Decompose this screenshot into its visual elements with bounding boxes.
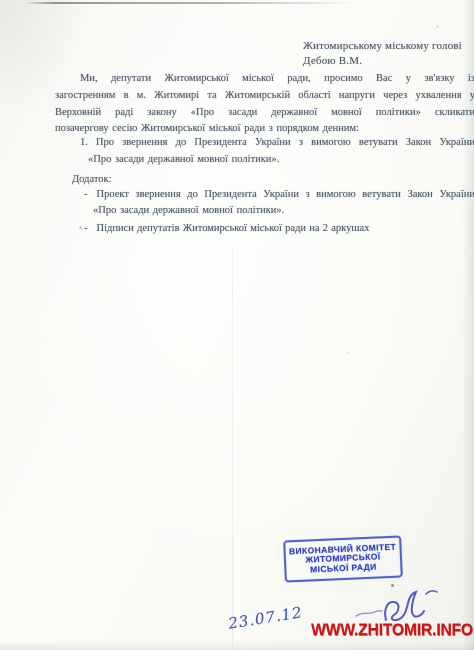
list-item-text: Проект звернення до Президента України з… [97,187,474,203]
stamp-line-3: МІСЬКОЇ РАДИ [310,562,377,574]
addressee-line-2: Дебою В.М. [303,54,474,69]
official-stamp: ВИКОНАВЧИЙ КОМІТЕТ ЖИТОМИРСЬКОЇ МІСЬКОЇ … [283,535,403,582]
list-item-text: Підписи депутатів Житомирської міської р… [97,221,474,237]
agenda-item-1: 1. Про звернення до Президента України з… [55,135,474,169]
body-line: загостренням в м. Житомирі та Житомирськ… [55,88,474,105]
agenda-item-text: Про звернення до Президента України з ви… [96,135,474,152]
list-item: - Підписи депутатів Житомирської міської… [55,221,474,237]
list-item-line-1: - Підписи депутатів Житомирської міської… [55,221,474,237]
body-paragraph: Ми, депутати Житомирської міської ради, … [55,71,474,138]
scan-vignette-bottom-edge [0,641,474,650]
paper-fold-line [232,250,233,650]
body-line: Ми, депутати Житомирської міської ради, … [55,71,474,88]
list-item-line-2: «Про засади державної мовної політики». [55,203,474,219]
agenda-item-number: 1. [55,135,88,152]
scan-artifact-top-edge [28,2,356,4]
addressee-block: Житомирському міському голові Дебою В.М. [303,39,474,69]
agenda-item-line-2: «Про засади державної мовної політики». [55,152,474,169]
bullet-dash: - [55,187,88,203]
attachment-label: Додаток: [72,174,112,185]
list-item: - Проект звернення до Президента України… [55,187,474,220]
paper-specks [0,0,1,1]
watermark-text: WWW.ZHITOMIR.INFO [311,621,473,640]
body-line: Верховній раді закону «Про засади держав… [55,105,474,122]
agenda-item-line-1: 1. Про звернення до Президента України з… [55,135,474,152]
handwritten-date: 23.07.12 [227,603,304,632]
addressee-line-1: Житомирському міському голові [303,39,474,54]
bullet-dash: - [55,221,88,237]
scanned-document-page: Житомирському міському голові Дебою В.М.… [0,0,474,650]
attachment-list: - Проект звернення до Президента України… [55,187,474,237]
list-item-line-1: - Проект звернення до Президента України… [55,187,474,203]
